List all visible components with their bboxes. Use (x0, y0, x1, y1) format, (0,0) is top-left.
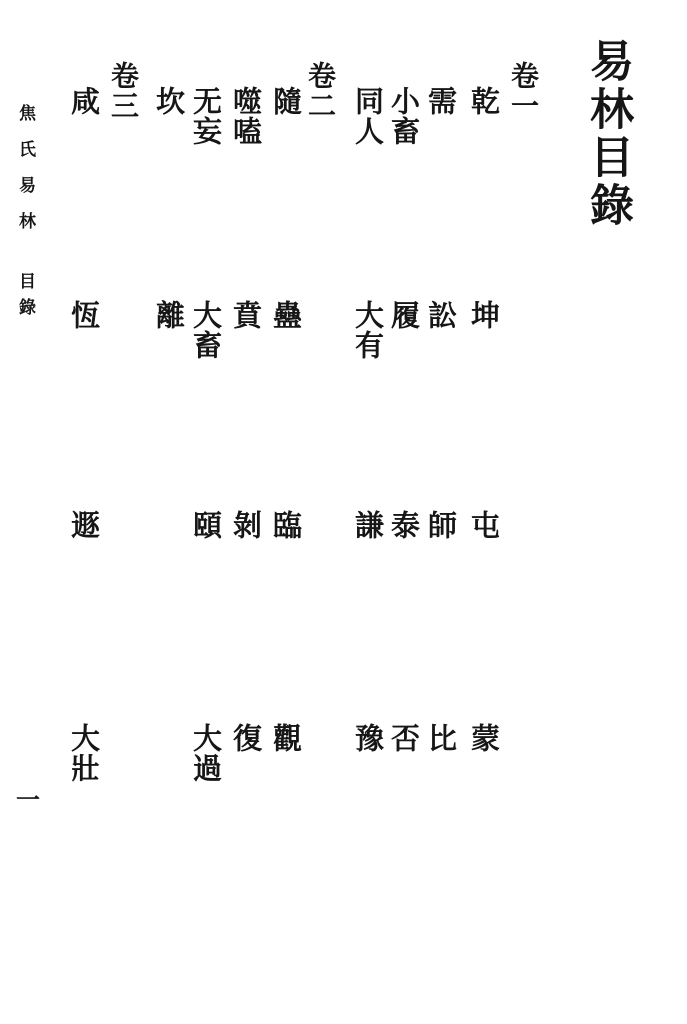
hexagram-entry: 泰 (389, 510, 418, 540)
hexagram-entry: 蠱 (271, 300, 300, 330)
hexagram-entry: 豫 (353, 723, 382, 753)
hexagram-entry: 比 (426, 723, 455, 753)
hexagram-entry: 恆 (69, 300, 98, 330)
hexagram-entry: 剝 (231, 510, 260, 540)
hexagram-entry: 離 (154, 300, 183, 330)
volume-1-header: 卷一 (509, 61, 537, 121)
hexagram-entry: 履 (389, 300, 418, 330)
hexagram-entry: 師 (426, 510, 455, 540)
hexagram-entry: 遯 (69, 510, 98, 540)
hexagram-entry: 臨 (271, 510, 300, 540)
hexagram-entry: 賁 (231, 300, 260, 330)
scanned-book-page: 易林目錄 卷一 卷二 卷三 乾 坤 屯 蒙 需 訟 師 比 小畜 履 泰 否 同… (0, 0, 687, 1024)
hexagram-entry: 頤 (191, 510, 220, 540)
hexagram-entry: 訟 (426, 300, 455, 330)
hexagram-entry: 大壯 (69, 723, 98, 783)
page-number: 一 (16, 780, 40, 815)
volume-2-header: 卷二 (306, 61, 334, 121)
hexagram-entry: 坎 (154, 86, 183, 116)
hexagram-entry: 隨 (271, 86, 300, 116)
margin-section-label: 目錄 (16, 272, 33, 324)
hexagram-entry: 謙 (353, 510, 382, 540)
hexagram-entry: 觀 (271, 723, 300, 753)
hexagram-entry: 大畜 (191, 300, 220, 360)
hexagram-entry: 小畜 (389, 86, 418, 146)
hexagram-entry: 咸 (69, 86, 98, 116)
hexagram-entry: 屯 (469, 510, 498, 540)
hexagram-entry: 復 (231, 723, 260, 753)
hexagram-entry: 否 (389, 723, 418, 753)
hexagram-entry: 噬嗑 (231, 86, 260, 146)
hexagram-entry: 无妄 (191, 86, 220, 146)
hexagram-entry: 大過 (191, 723, 220, 783)
hexagram-entry: 蒙 (469, 723, 498, 753)
volume-3-header: 卷三 (109, 61, 137, 121)
hexagram-entry: 坤 (469, 300, 498, 330)
page-title: 易林目錄 (585, 38, 629, 230)
hexagram-entry: 同人 (353, 86, 382, 146)
hexagram-entry: 大有 (353, 300, 382, 360)
hexagram-entry: 需 (426, 86, 455, 116)
hexagram-entry: 乾 (469, 86, 498, 116)
margin-book-title: 焦氏易林 (16, 104, 33, 248)
